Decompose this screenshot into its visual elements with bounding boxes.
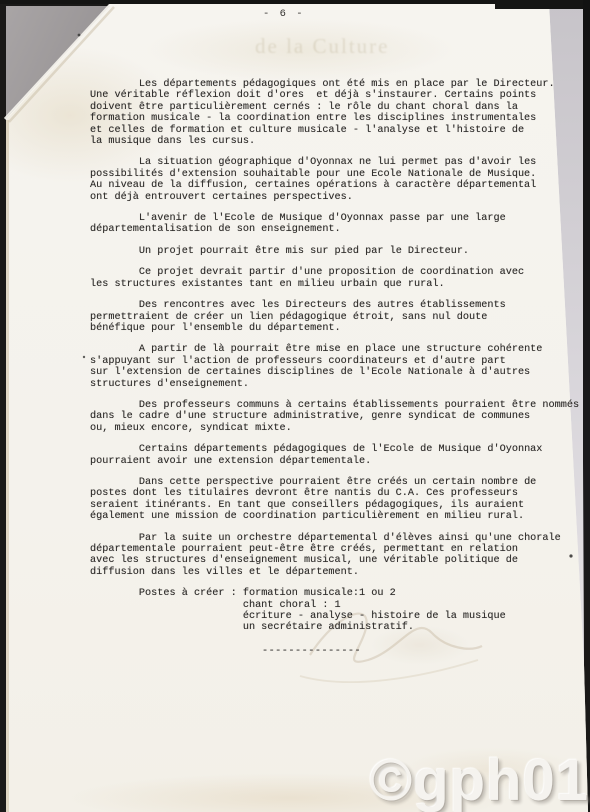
paragraph: La situation géographique d'Oyonnax ne l… — [90, 157, 590, 203]
watermark: ©gph01 — [369, 752, 589, 810]
paragraph: Des professeurs communs à certains établ… — [90, 400, 590, 434]
paragraph: L'avenir de l'Ecole de Musique d'Oyonnax… — [90, 213, 590, 236]
paragraph: Certains départements pédagogiques de l'… — [90, 444, 590, 467]
ghost-ink-transfer-text: de la Culture — [255, 34, 555, 59]
postes-a-creer-list: Postes à créer : formation musicale:1 ou… — [90, 588, 590, 634]
paragraph: Un projet pourrait être mis sur pied par… — [90, 246, 590, 257]
page-number: - 6 - — [263, 8, 305, 20]
paragraph: Dans cette perspective pourraient être c… — [90, 477, 590, 523]
paragraph: Par la suite un orchestre départemental … — [90, 533, 590, 579]
paragraph: Les départements pédagogiques ont été mi… — [90, 79, 590, 147]
scanner-edge-top-right — [495, 0, 590, 9]
paper-left-edge — [6, 120, 9, 812]
paragraph: A partir de là pourrait être mise en pla… — [90, 344, 590, 390]
scanned-document: - 6 - de la Culture Les départements péd… — [0, 0, 590, 812]
paragraph: Des rencontres avec les Directeurs des a… — [90, 300, 590, 334]
separator-dashes: --------------- — [90, 646, 590, 657]
document-body: Les départements pédagogiques ont été mi… — [90, 79, 590, 667]
paragraph: Ce projet devrait partir d'une propositi… — [90, 267, 590, 290]
